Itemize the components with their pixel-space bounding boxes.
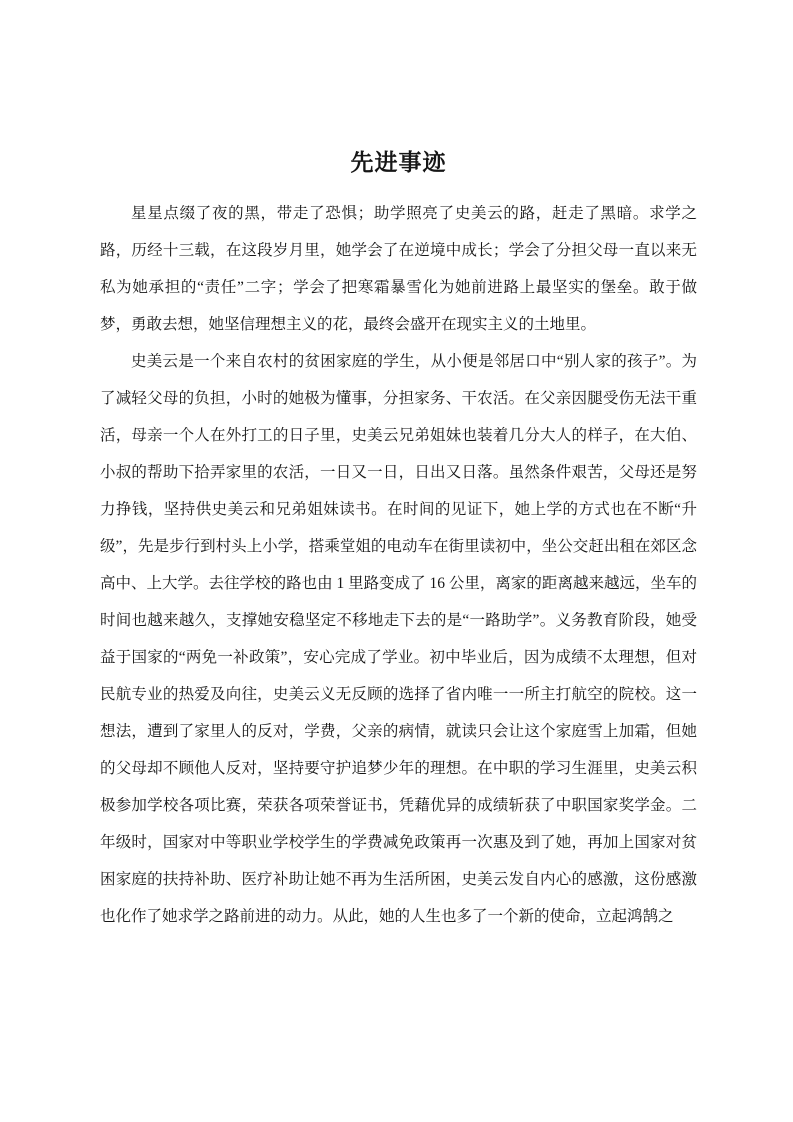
paragraph-body: 史美云是一个来自农村的贫困家庭的学生，从小便是邻居口中“别人家的孩子”。为了减轻… (100, 343, 697, 935)
document-title: 先进事迹 (100, 146, 697, 179)
paragraph-intro: 星星点缀了夜的黑，带走了恐惧；助学照亮了史美云的路，赶走了黑暗。求学之路，历经十… (100, 195, 697, 343)
document-page: 先进事迹 星星点缀了夜的黑，带走了恐惧；助学照亮了史美云的路，赶走了黑暗。求学之… (0, 0, 793, 1122)
